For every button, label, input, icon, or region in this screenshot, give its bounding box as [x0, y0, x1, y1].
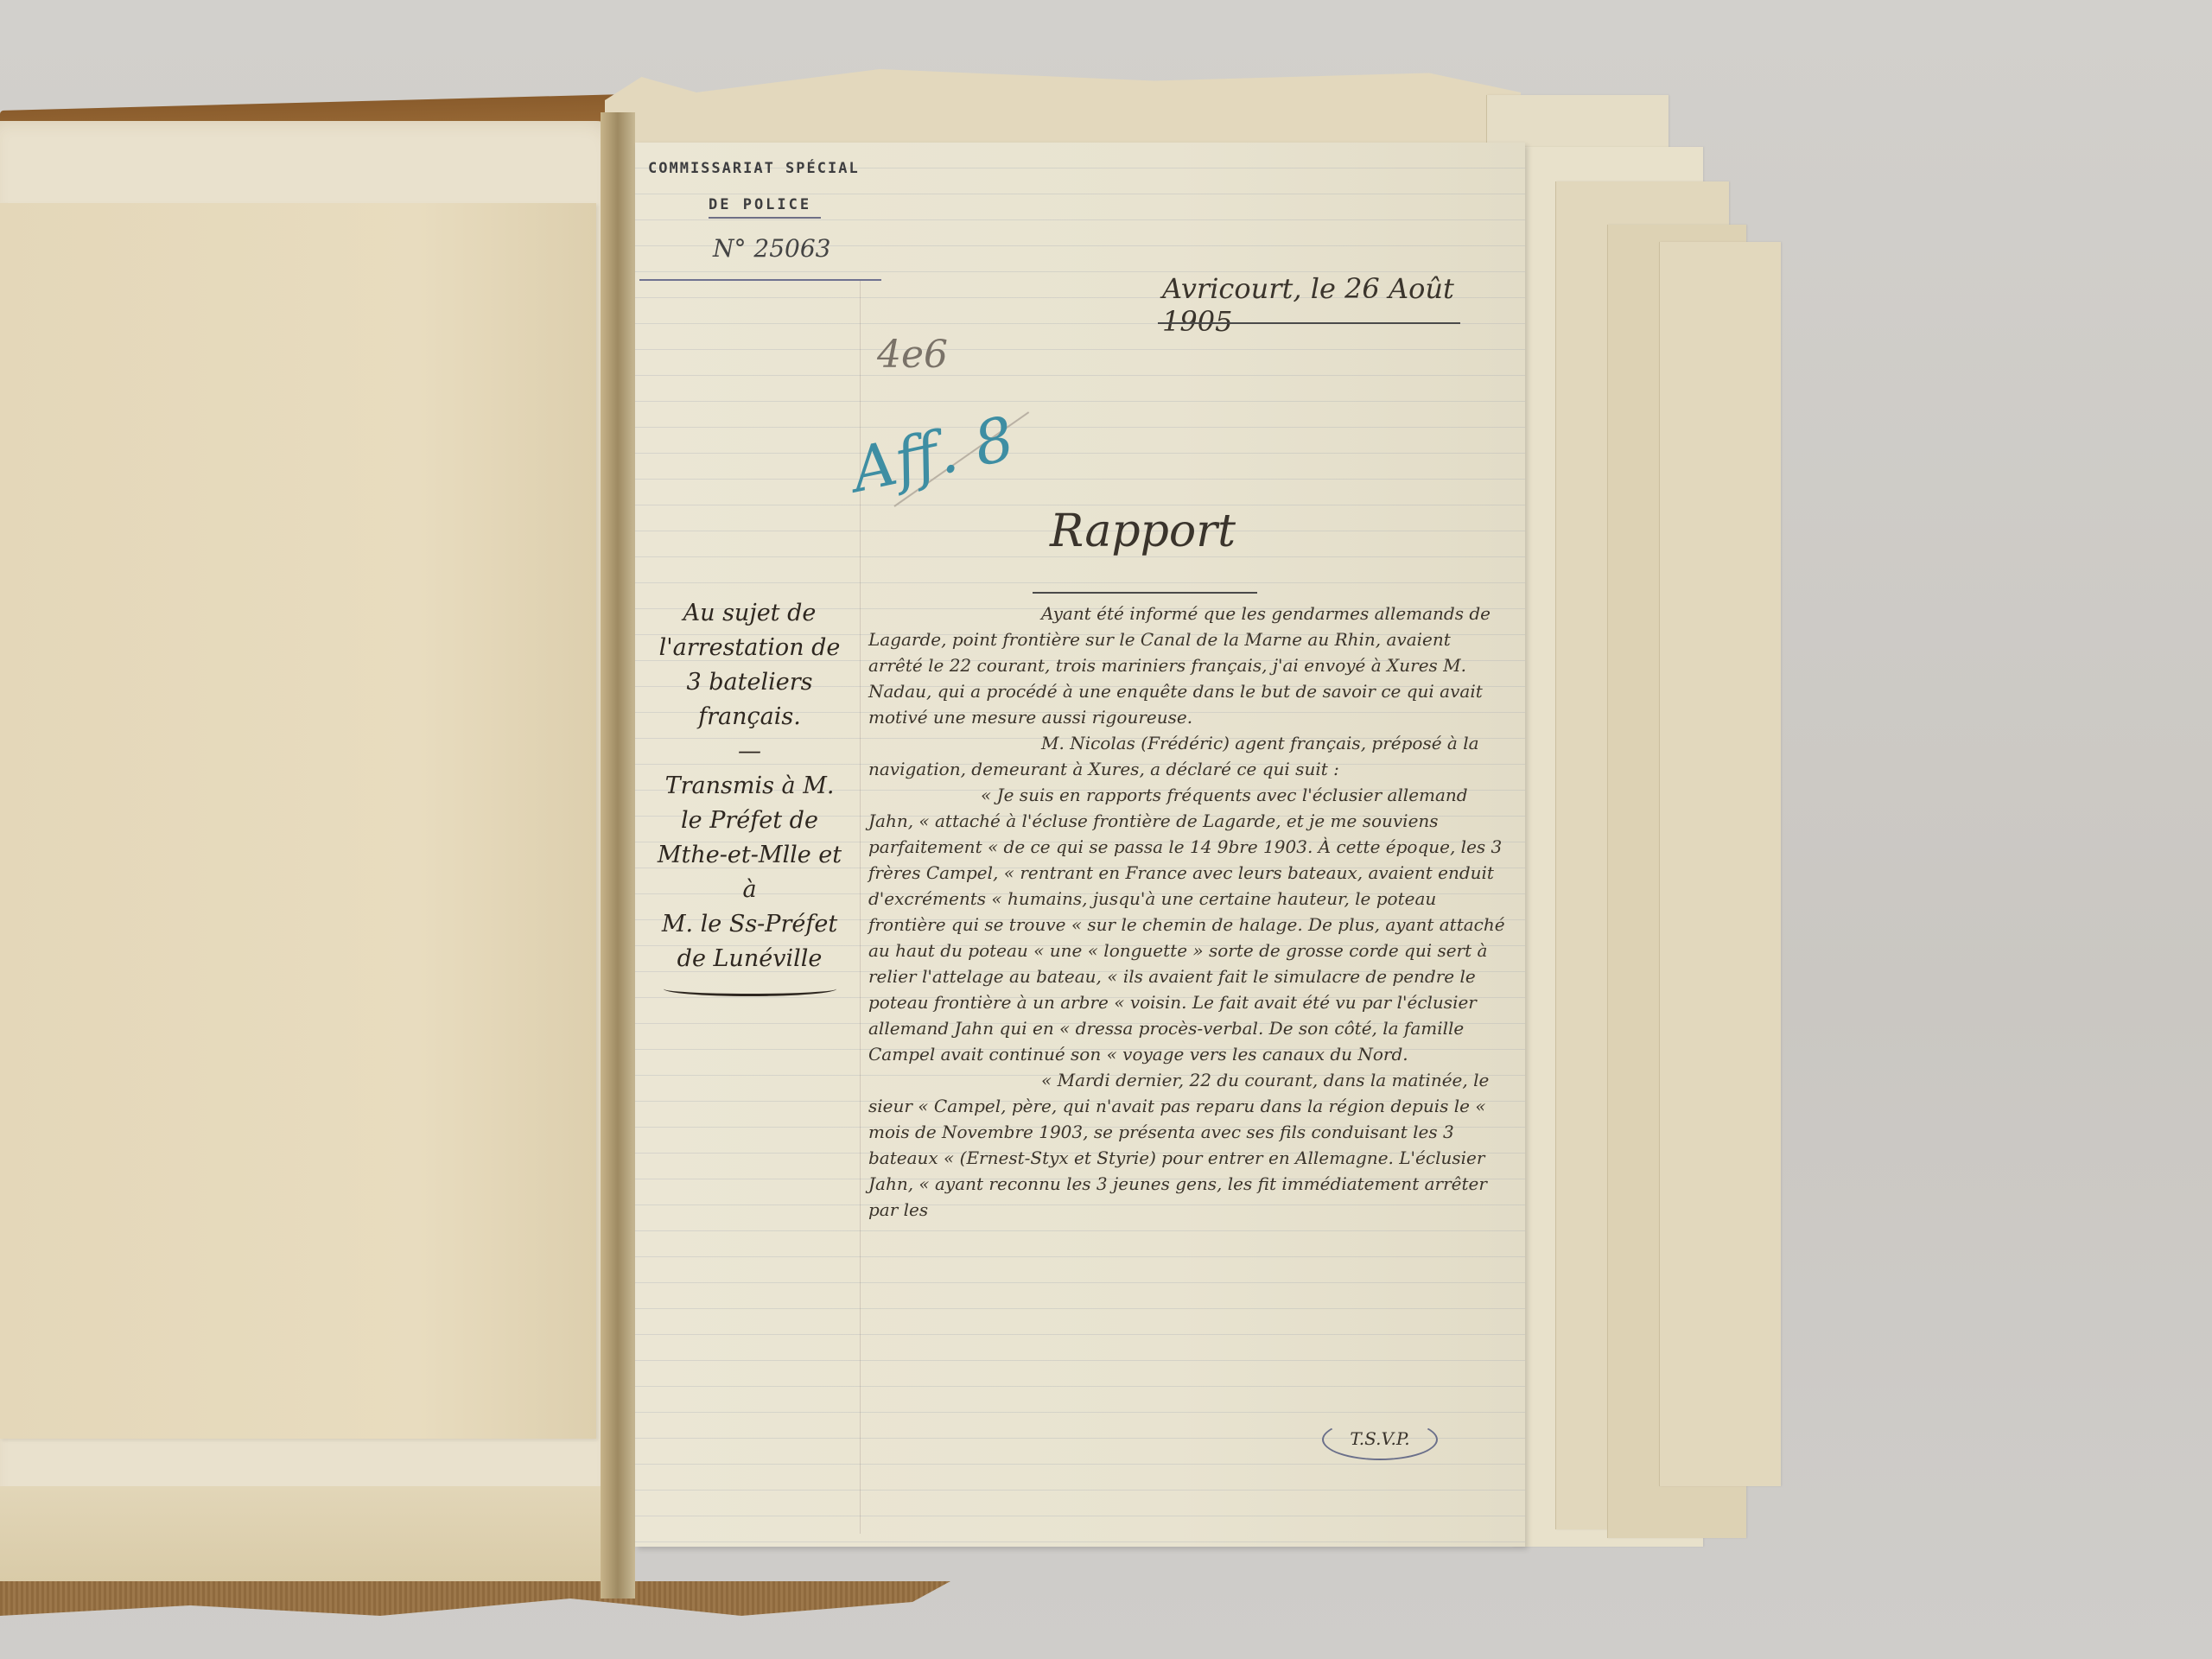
- transmittal-line: de Lunéville: [652, 942, 847, 976]
- stamp-line-1: COMMISSARIAT SPÉCIAL: [648, 160, 890, 177]
- subject-line: 3 bateliers: [652, 665, 847, 700]
- margin-note: Au sujet de l'arrestation de 3 bateliers…: [652, 596, 847, 996]
- left-blank-page: [0, 203, 596, 1439]
- body-paragraph: M. Nicolas (Frédéric) agent français, pr…: [868, 730, 1508, 782]
- stacked-papers-right: [1486, 95, 1797, 1547]
- subject-line: Au sujet de: [652, 596, 847, 631]
- body-paragraph: Ayant été informé que les gendarmes alle…: [868, 601, 1508, 730]
- separator-mark: —: [652, 734, 847, 769]
- transmittal-line: Transmis à M.: [652, 769, 847, 804]
- continuation-mark: T.S.V.P.: [1322, 1419, 1438, 1460]
- dateline: Avricourt, le 26 Août 1905: [1162, 272, 1525, 338]
- stamp-line-2: DE POLICE: [709, 196, 821, 219]
- dateline-rule: [1158, 322, 1460, 324]
- pencil-annotation: 4e6: [877, 333, 948, 377]
- body-paragraph: « Mardi dernier, 22 du courant, dans la …: [868, 1067, 1508, 1223]
- title-rule: [1033, 592, 1257, 594]
- swash-underline: [664, 982, 836, 996]
- report-page: COMMISSARIAT SPÉCIAL DE POLICE N° 25063 …: [635, 143, 1525, 1547]
- stamp-rule: [639, 279, 881, 281]
- transmittal-line: à: [652, 873, 847, 907]
- report-body: Ayant été informé que les gendarmes alle…: [868, 601, 1508, 1223]
- transmittal-line: M. le Ss-Préfet: [652, 907, 847, 942]
- file-number-value: 25063: [753, 234, 830, 263]
- report-title: Rapport: [1050, 505, 1236, 557]
- blue-pencil-annotation: Aff. 8: [846, 403, 1020, 506]
- transmittal-line: Mthe-et-Mlle et: [652, 838, 847, 873]
- file-number: N° 25063: [713, 234, 890, 263]
- subject-line: français.: [652, 700, 847, 734]
- header-stamp: COMMISSARIAT SPÉCIAL DE POLICE N° 25063: [648, 160, 890, 263]
- book-gutter: [601, 112, 635, 1599]
- transmittal-line: le Préfet de: [652, 804, 847, 838]
- file-number-label: N°: [713, 234, 747, 263]
- subject-line: l'arrestation de: [652, 631, 847, 665]
- left-lower-sheets: [0, 1486, 605, 1581]
- body-paragraph: « Je suis en rapports fréquents avec l'é…: [868, 782, 1508, 1067]
